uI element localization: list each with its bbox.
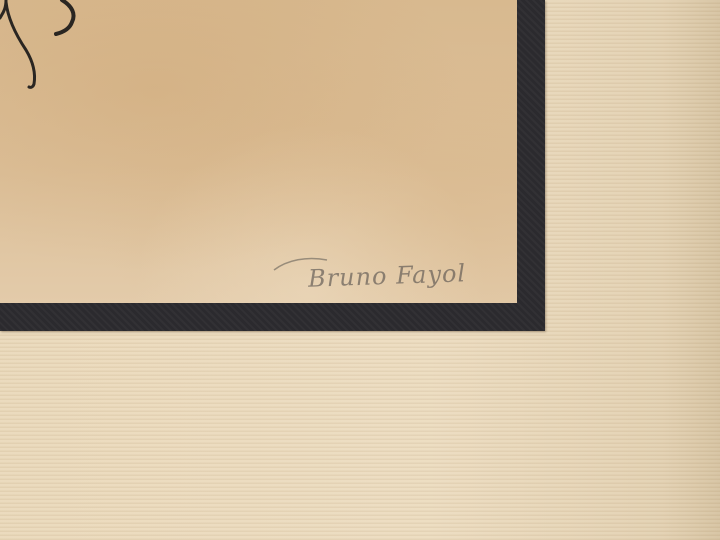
ink-sketch-fragment — [0, 0, 120, 100]
artwork-paper: Bruno Fayol — [0, 0, 517, 303]
artist-signature: Bruno Fayol — [308, 259, 467, 293]
